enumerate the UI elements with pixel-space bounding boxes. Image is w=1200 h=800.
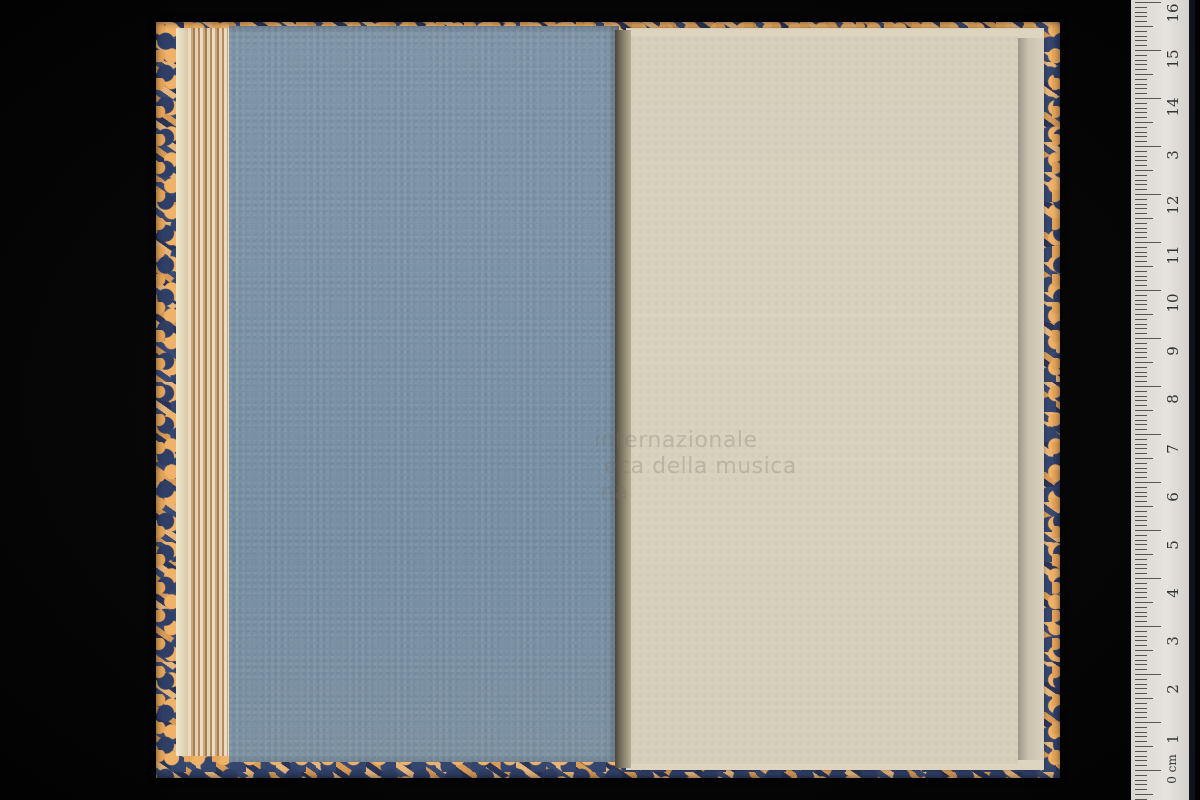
- ruler-tick: [1135, 535, 1147, 536]
- ruler-tick: [1135, 636, 1147, 637]
- ruler-tick: [1135, 328, 1147, 329]
- ruler-tick: [1135, 60, 1147, 61]
- ruler-tick: [1135, 746, 1153, 747]
- ruler-number-label: 2: [1164, 677, 1182, 701]
- ruler-tick: [1135, 429, 1147, 430]
- ruler-tick: [1135, 242, 1161, 243]
- ruler-tick: [1135, 631, 1147, 632]
- ruler-tick: [1135, 487, 1147, 488]
- ruler-tick: [1135, 660, 1147, 661]
- ruler-number-label: 14: [1164, 95, 1182, 119]
- ruler-tick: [1135, 573, 1147, 574]
- ruler-tick: [1135, 69, 1147, 70]
- ruler-tick: [1135, 578, 1161, 579]
- ruler-number-label: 9: [1164, 339, 1182, 363]
- watermark-line: internazionale: [580, 428, 797, 454]
- ruler-tick: [1135, 31, 1147, 32]
- ruler-tick: [1135, 770, 1161, 771]
- ruler-number-label: 7: [1164, 437, 1182, 461]
- ruler-tick: [1135, 424, 1147, 425]
- ruler-tick: [1135, 208, 1147, 209]
- ruler-tick: [1135, 324, 1147, 325]
- ruler-tick: [1135, 280, 1147, 281]
- ruler-tick: [1135, 688, 1147, 689]
- ruler-tick: [1135, 338, 1161, 339]
- ruler-tick: [1135, 79, 1147, 80]
- ruler-tick: [1135, 189, 1147, 190]
- ruler-tick: [1135, 405, 1147, 406]
- ruler-tick: [1135, 640, 1147, 641]
- ruler-tick: [1135, 597, 1147, 598]
- ruler-tick: [1135, 698, 1153, 699]
- ruler-tick: [1135, 756, 1147, 757]
- ruler-tick: [1135, 103, 1147, 104]
- ruler-tick: [1135, 525, 1147, 526]
- ruler-tick: [1135, 36, 1147, 37]
- ruler-tick: [1135, 223, 1147, 224]
- ruler-tick: [1135, 170, 1153, 171]
- ruler-tick: [1135, 482, 1161, 483]
- watermark-line: na: [580, 480, 797, 506]
- ruler-tick: [1135, 415, 1147, 416]
- ruler-tick: [1135, 717, 1147, 718]
- ruler-tick: [1135, 760, 1147, 761]
- ruler-tick: [1135, 247, 1147, 248]
- ruler-tick: [1135, 151, 1147, 152]
- ruler-tick: [1135, 679, 1147, 680]
- ruler-tick: [1135, 372, 1147, 373]
- ruler-tick: [1135, 794, 1153, 795]
- ruler-tick: [1135, 271, 1147, 272]
- ruler-tick: [1135, 40, 1147, 41]
- ruler-tick: [1135, 736, 1147, 737]
- ruler-tick: [1135, 444, 1147, 445]
- ruler-tick: [1135, 453, 1147, 454]
- ruler-tick: [1135, 655, 1147, 656]
- ruler-tick: [1135, 122, 1153, 123]
- ruler-tick: [1135, 477, 1147, 478]
- ruler-tick: [1135, 549, 1147, 550]
- ruler-tick: [1135, 218, 1153, 219]
- watermark-line: eca della musica: [580, 454, 797, 480]
- ruler-tick: [1135, 391, 1147, 392]
- ruler-tick: [1135, 501, 1147, 502]
- ruler-tick: [1135, 626, 1161, 627]
- ruler-tick: [1135, 160, 1147, 161]
- ruler-tick: [1135, 381, 1147, 382]
- ruler-number-label: 1: [1164, 727, 1182, 751]
- ruler-tick: [1135, 463, 1147, 464]
- ruler-tick: [1135, 88, 1147, 89]
- ruler-tick: [1135, 592, 1147, 593]
- ruler-tick: [1135, 727, 1147, 728]
- ruler-tick: [1135, 213, 1147, 214]
- ruler-tick: [1135, 175, 1147, 176]
- ruler-tick: [1135, 16, 1147, 17]
- ruler-tick: [1135, 237, 1147, 238]
- ruler-tick: [1135, 146, 1161, 147]
- ruler-tick: [1135, 616, 1147, 617]
- ruler-tick: [1135, 343, 1147, 344]
- page-stack-outer-edge: [176, 28, 188, 756]
- ruler-tick: [1135, 669, 1147, 670]
- ruler-tick: [1135, 751, 1147, 752]
- ruler-tick: [1135, 741, 1147, 742]
- ruler-tick: [1135, 376, 1147, 377]
- ruler-tick: [1135, 295, 1147, 296]
- ruler-tick: [1135, 650, 1153, 651]
- ruler-tick: [1135, 136, 1147, 137]
- ruler-tick: [1135, 204, 1147, 205]
- ruler-tick: [1135, 300, 1147, 301]
- ruler-tick: [1135, 492, 1147, 493]
- ruler-tick: [1135, 559, 1147, 560]
- ruler-tick: [1135, 84, 1147, 85]
- ruler-tick: [1135, 602, 1153, 603]
- ruler-tick: [1135, 780, 1147, 781]
- ruler-tick: [1135, 256, 1147, 257]
- cream-blank-page: [630, 36, 1018, 764]
- ruler-tick: [1135, 448, 1147, 449]
- ruler-tick: [1135, 98, 1161, 99]
- ruler-tick: [1135, 285, 1147, 286]
- watermark-text: internazionale eca della musica na: [580, 428, 797, 506]
- ruler-tick: [1135, 516, 1147, 517]
- ruler-tick: [1135, 439, 1147, 440]
- ruler-tick: [1135, 319, 1147, 320]
- ruler-tick: [1135, 252, 1147, 253]
- ruler-tick: [1135, 588, 1147, 589]
- ruler-tick: [1135, 434, 1161, 435]
- ruler-tick: [1135, 12, 1147, 13]
- ruler-tick: [1135, 232, 1147, 233]
- ruler-tick: [1135, 607, 1147, 608]
- ruler-tick: [1135, 386, 1161, 387]
- ruler-dark-edge: [1189, 0, 1195, 800]
- ruler-tick: [1135, 712, 1147, 713]
- ruler-tick: [1135, 184, 1147, 185]
- ruler-tick: [1135, 468, 1147, 469]
- ruler-tick: [1135, 228, 1147, 229]
- ruler-tick: [1135, 333, 1147, 334]
- ruler-tick: [1135, 645, 1147, 646]
- ruler-tick: [1135, 583, 1147, 584]
- ruler-tick: [1135, 612, 1147, 613]
- ruler-tick: [1135, 261, 1147, 262]
- ruler-number-label: 0 cm: [1165, 752, 1179, 786]
- ruler-tick: [1135, 74, 1153, 75]
- ruler-tick: [1135, 554, 1153, 555]
- ruler-tick: [1135, 396, 1147, 397]
- cream-page-folded-flap: [1018, 38, 1044, 760]
- ruler-tick: [1135, 722, 1161, 723]
- ruler-tick: [1135, 276, 1147, 277]
- ruler-tick: [1135, 21, 1147, 22]
- ruler-tick: [1135, 530, 1161, 531]
- ruler-tick: [1135, 732, 1147, 733]
- ruler-tick: [1135, 26, 1153, 27]
- ruler-tick: [1135, 352, 1147, 353]
- ruler-number-label: 10: [1164, 291, 1182, 315]
- ruler-tick: [1135, 708, 1147, 709]
- ruler-number-label: 15: [1164, 47, 1182, 71]
- ruler-tick: [1135, 674, 1161, 675]
- ruler-tick: [1135, 304, 1147, 305]
- ruler-tick: [1135, 50, 1161, 51]
- ruler-tick: [1135, 357, 1147, 358]
- ruler-tick: [1135, 117, 1147, 118]
- ruler-tick: [1135, 180, 1147, 181]
- ruler-tick: [1135, 693, 1147, 694]
- ruler-tick: [1135, 420, 1147, 421]
- ruler-number-label: 5: [1164, 533, 1182, 557]
- ruler-tick: [1135, 156, 1147, 157]
- ruler-number-label: 11: [1164, 243, 1182, 267]
- ruler-tick: [1135, 132, 1147, 133]
- ruler-number-label: 3: [1164, 143, 1182, 167]
- ruler-tick: [1135, 112, 1147, 113]
- ruler-tick: [1135, 93, 1147, 94]
- ruler-tick: [1135, 506, 1153, 507]
- ruler-number-label: 8: [1164, 387, 1182, 411]
- ruler-tick: [1135, 199, 1147, 200]
- ruler-tick: [1135, 789, 1147, 790]
- ruler-tick: [1135, 540, 1147, 541]
- ruler-tick: [1135, 765, 1147, 766]
- ruler-tick: [1135, 784, 1147, 785]
- ruler-tick: [1135, 194, 1161, 195]
- ruler-tick: [1135, 564, 1147, 565]
- ruler-tick: [1135, 511, 1147, 512]
- measuring-ruler: 0 cm1234567891011123141516: [1131, 0, 1189, 800]
- ruler-tick: [1135, 684, 1147, 685]
- ruler-tick: [1135, 55, 1147, 56]
- ruler-number-label: 3: [1164, 629, 1182, 653]
- ruler-tick: [1135, 775, 1147, 776]
- ruler-tick: [1135, 290, 1161, 291]
- ruler-tick: [1135, 7, 1147, 8]
- ruler-tick: [1135, 108, 1147, 109]
- ruler-number-label: 16: [1164, 1, 1182, 25]
- ruler-tick: [1135, 348, 1147, 349]
- ruler-tick: [1135, 165, 1147, 166]
- ruler-tick: [1135, 472, 1147, 473]
- ruler-tick: [1135, 496, 1147, 497]
- blue-endpaper-page: [229, 26, 619, 762]
- ruler-tick: [1135, 621, 1147, 622]
- ruler-tick: [1135, 45, 1147, 46]
- ruler-tick: [1135, 410, 1153, 411]
- ruler-tick: [1135, 544, 1147, 545]
- ruler-tick: [1135, 458, 1153, 459]
- ruler-tick: [1135, 266, 1153, 267]
- ruler-tick: [1135, 64, 1147, 65]
- ruler-tick: [1135, 568, 1147, 569]
- ruler-tick: [1135, 2, 1161, 3]
- ruler-number-label: 6: [1164, 485, 1182, 509]
- ruler-tick: [1135, 520, 1147, 521]
- book-gutter: [615, 30, 631, 768]
- ruler-tick: [1135, 309, 1147, 310]
- ruler-tick: [1135, 703, 1147, 704]
- ruler-tick: [1135, 400, 1147, 401]
- ruler-tick: [1135, 141, 1147, 142]
- ruler-number-label: 4: [1164, 581, 1182, 605]
- ruler-tick: [1135, 314, 1153, 315]
- ruler-tick: [1135, 664, 1147, 665]
- ruler-tick: [1135, 127, 1147, 128]
- ruler-tick: [1135, 362, 1153, 363]
- ruler-tick: [1135, 367, 1147, 368]
- ruler-number-label: 12: [1164, 193, 1182, 217]
